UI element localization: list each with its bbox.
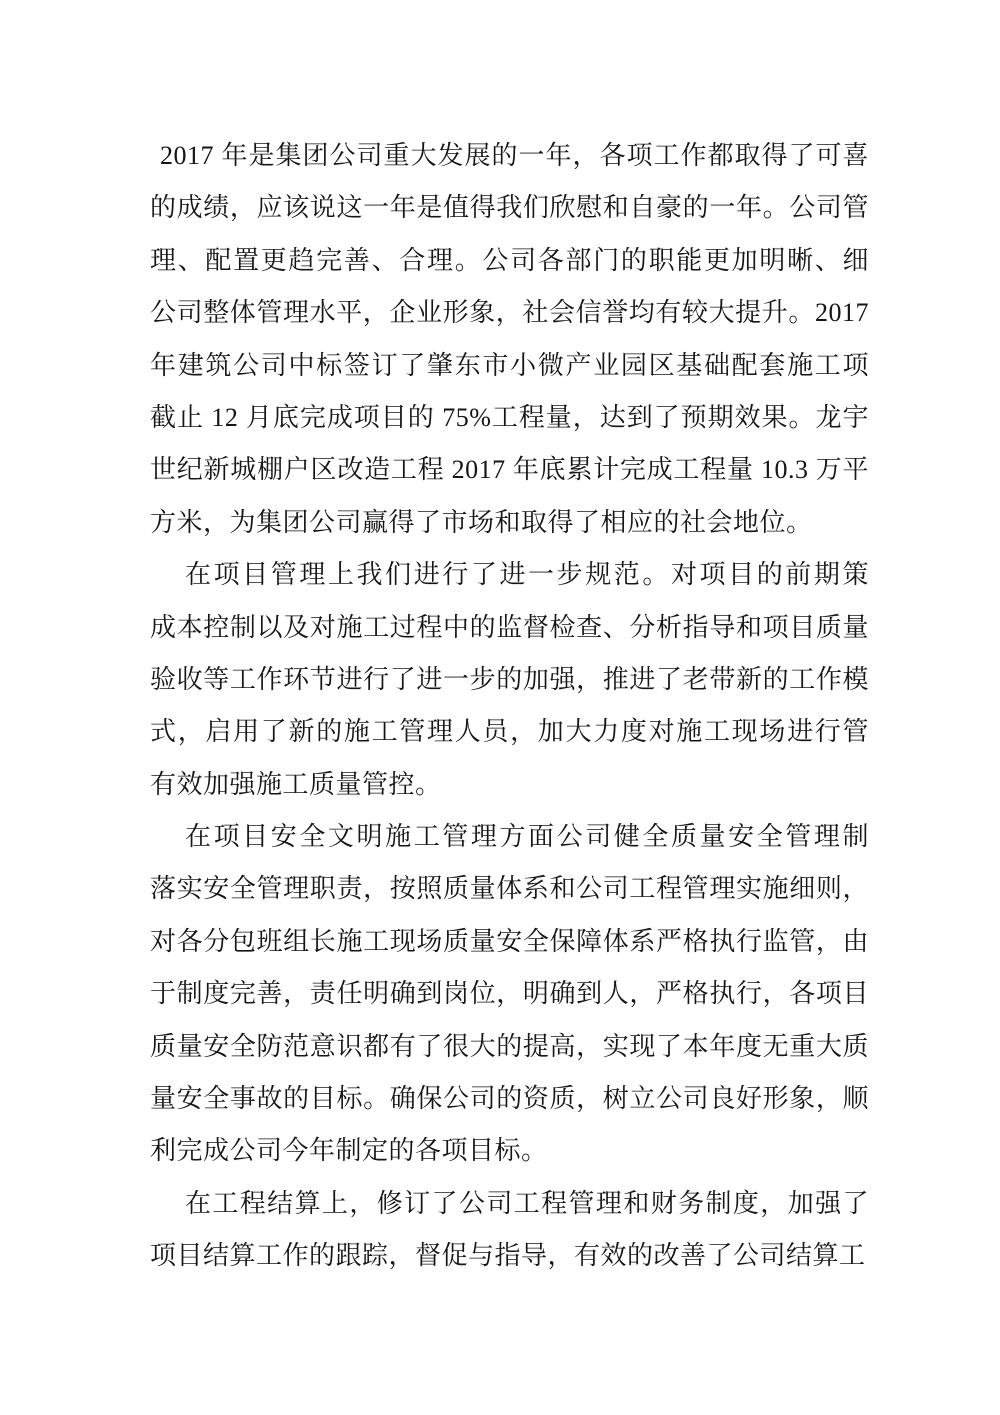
text-line: 量安全事故的目标。确保公司的资质，树立公司良好形象，顺 [150,1073,869,1125]
text-line: 成本控制以及对施工过程中的监督检查、分析指导和项目质量 [150,602,869,654]
text-line: 有效加强施工质量管控。 [150,759,869,811]
text-line: 世纪新城棚户区改造工程 2017 年底累计完成工程量 10.3 万平 [150,444,869,496]
text-line: 的成绩，应该说这一年是值得我们欣慰和自豪的一年。公司管 [150,182,869,234]
text-line: 项目结算工作的跟踪，督促与指导，有效的改善了公司结算工 [150,1230,869,1282]
text-line: 在工程结算上，修订了公司工程管理和财务制度，加强了对 [150,1178,869,1230]
text-line: 验收等工作环节进行了进一步的加强，推进了老带新的工作模 [150,654,869,706]
paragraph-1: 2017 年是集团公司重大发展的一年，各项工作都取得了可喜的成绩，应该说这一年是… [150,130,869,549]
text-line: 于制度完善，责任明确到岗位，明确到人，严格执行，各项目 [150,968,869,1020]
text-line: 式，启用了新的施工管理人员，加大力度对施工现场进行管理， [150,706,869,758]
text-line: 落实安全管理职责，按照质量体系和公司工程管理实施细则， [150,863,869,915]
document-body: 2017 年是集团公司重大发展的一年，各项工作都取得了可喜的成绩，应该说这一年是… [150,130,869,1283]
paragraph-3: 在项目安全文明施工管理方面公司健全质量安全管理制度，落实安全管理职责，按照质量体… [150,811,869,1178]
text-line: 利完成公司今年制定的各项目标。 [150,1125,869,1177]
text-line: 质量安全防范意识都有了很大的提高，实现了本年度无重大质 [150,1021,869,1073]
paragraph-2: 在项目管理上我们进行了进一步规范。对项目的前期策划，成本控制以及对施工过程中的监… [150,549,869,811]
text-line: 公司整体管理水平，企业形象，社会信誉均有较大提升。2017 [150,287,869,339]
text-line: 在项目安全文明施工管理方面公司健全质量安全管理制度， [150,811,869,863]
text-line: 理、配置更趋完善、合理。公司各部门的职能更加明晰、细化。 [150,235,869,287]
text-line: 方米，为集团公司赢得了市场和取得了相应的社会地位。 [150,497,869,549]
text-line: 2017 年是集团公司重大发展的一年，各项工作都取得了可喜 [150,130,869,182]
text-line: 对各分包班组长施工现场质量安全保障体系严格执行监管，由 [150,916,869,968]
text-line: 年建筑公司中标签订了肇东市小微产业园区基础配套施工项目， [150,340,869,392]
paragraph-4: 在工程结算上，修订了公司工程管理和财务制度，加强了对项目结算工作的跟踪，督促与指… [150,1178,869,1283]
text-line: 在项目管理上我们进行了进一步规范。对项目的前期策划， [150,549,869,601]
document-page: 2017 年是集团公司重大发展的一年，各项工作都取得了可喜的成绩，应该说这一年是… [0,0,1000,1415]
text-line: 截止 12 月底完成项目的 75%工程量，达到了预期效果。龙宇 [150,392,869,444]
